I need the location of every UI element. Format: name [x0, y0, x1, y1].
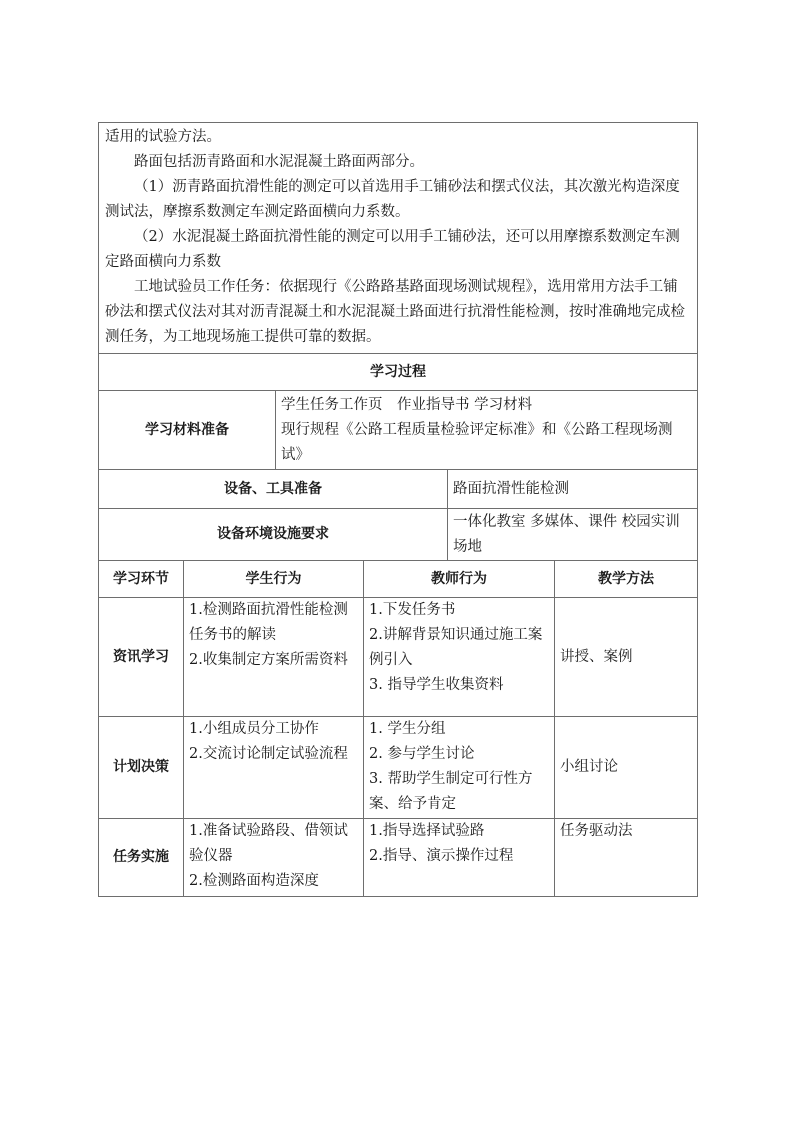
materials-line: 学生任务工作页 作业指导书 学习材料	[281, 393, 692, 418]
teacher-item: 2.指导、演示操作过程	[369, 844, 549, 869]
teacher-item: 1.下发任务书	[369, 598, 549, 623]
student-item: 2.检测路面构造深度	[189, 869, 358, 894]
teacher-item: 3. 指导学生收集资料	[369, 673, 549, 698]
teacher-item: 2.讲解背景知识通过施工案例引入	[369, 623, 549, 673]
intro-paragraph: 适用的试验方法。	[105, 125, 691, 150]
header-student: 学生行为	[184, 561, 364, 598]
header-teacher: 教师行为	[364, 561, 555, 598]
teacher-cell: 1.指导选择试验路 2.指导、演示操作过程	[364, 819, 555, 897]
intro-cell: 适用的试验方法。 路面包括沥青路面和水泥混凝土路面两部分。 （1）沥青路面抗滑性…	[99, 123, 698, 354]
method-cell: 任务驱动法	[555, 819, 698, 897]
materials-label: 学习材料准备	[99, 391, 276, 470]
teacher-item: 3. 帮助学生制定可行性方案、给予肯定	[369, 767, 549, 817]
intro-paragraph: 工地试验员工作任务：依据现行《公路路基路面现场测试规程》，选用常用方法手工铺砂法…	[105, 275, 691, 350]
student-item: 1.检测路面抗滑性能检测任务书的解读	[189, 598, 358, 648]
student-item: 2.交流讨论制定试验流程	[189, 742, 358, 767]
student-item: 1.准备试验路段、借领试验仪器	[189, 819, 358, 869]
student-cell: 1.小组成员分工协作 2.交流讨论制定试验流程	[184, 717, 364, 819]
teacher-cell: 1.下发任务书 2.讲解背景知识通过施工案例引入 3. 指导学生收集资料	[364, 598, 555, 717]
table-row: 计划决策 1.小组成员分工协作 2.交流讨论制定试验流程 1. 学生分组 2. …	[99, 717, 698, 819]
equipment-value: 路面抗滑性能检测	[448, 470, 698, 509]
teacher-item: 2. 参与学生讨论	[369, 742, 549, 767]
materials-line: 现行规程《公路工程质量检验评定标准》和《公路工程现场测试》	[281, 418, 692, 468]
section-title: 学习过程	[99, 354, 698, 391]
teacher-item: 1. 学生分组	[369, 717, 549, 742]
header-method: 教学方法	[555, 561, 698, 598]
equipment-label: 设备、工具准备	[99, 470, 448, 509]
lesson-plan-table: 适用的试验方法。 路面包括沥青路面和水泥混凝土路面两部分。 （1）沥青路面抗滑性…	[98, 122, 698, 897]
header-stage: 学习环节	[99, 561, 184, 598]
environment-label: 设备环境设施要求	[99, 509, 448, 561]
table-row: 资讯学习 1.检测路面抗滑性能检测任务书的解读 2.收集制定方案所需资料 1.下…	[99, 598, 698, 717]
intro-paragraph: 路面包括沥青路面和水泥混凝土路面两部分。	[105, 150, 691, 175]
student-cell: 1.准备试验路段、借领试验仪器 2.检测路面构造深度	[184, 819, 364, 897]
student-cell: 1.检测路面抗滑性能检测任务书的解读 2.收集制定方案所需资料	[184, 598, 364, 717]
intro-paragraph: （2）水泥混凝土路面抗滑性能的测定可以用手工铺砂法，还可以用摩擦系数测定车测定路…	[105, 225, 691, 275]
method-cell: 讲授、案例	[555, 598, 698, 717]
student-item: 2.收集制定方案所需资料	[189, 648, 358, 673]
teacher-item: 1.指导选择试验路	[369, 819, 549, 844]
stage-cell: 资讯学习	[99, 598, 184, 717]
teacher-cell: 1. 学生分组 2. 参与学生讨论 3. 帮助学生制定可行性方案、给予肯定	[364, 717, 555, 819]
document-page: 适用的试验方法。 路面包括沥青路面和水泥混凝土路面两部分。 （1）沥青路面抗滑性…	[98, 122, 697, 897]
stage-cell: 计划决策	[99, 717, 184, 819]
method-cell: 小组讨论	[555, 717, 698, 819]
environment-value: 一体化教室 多媒体、课件 校园实训场地	[448, 509, 698, 561]
stage-cell: 任务实施	[99, 819, 184, 897]
materials-value: 学生任务工作页 作业指导书 学习材料 现行规程《公路工程质量检验评定标准》和《公…	[276, 391, 698, 470]
table-row: 任务实施 1.准备试验路段、借领试验仪器 2.检测路面构造深度 1.指导选择试验…	[99, 819, 698, 897]
student-item: 1.小组成员分工协作	[189, 717, 358, 742]
intro-paragraph: （1）沥青路面抗滑性能的测定可以首选用手工铺砂法和摆式仪法，其次激光构造深度测试…	[105, 175, 691, 225]
